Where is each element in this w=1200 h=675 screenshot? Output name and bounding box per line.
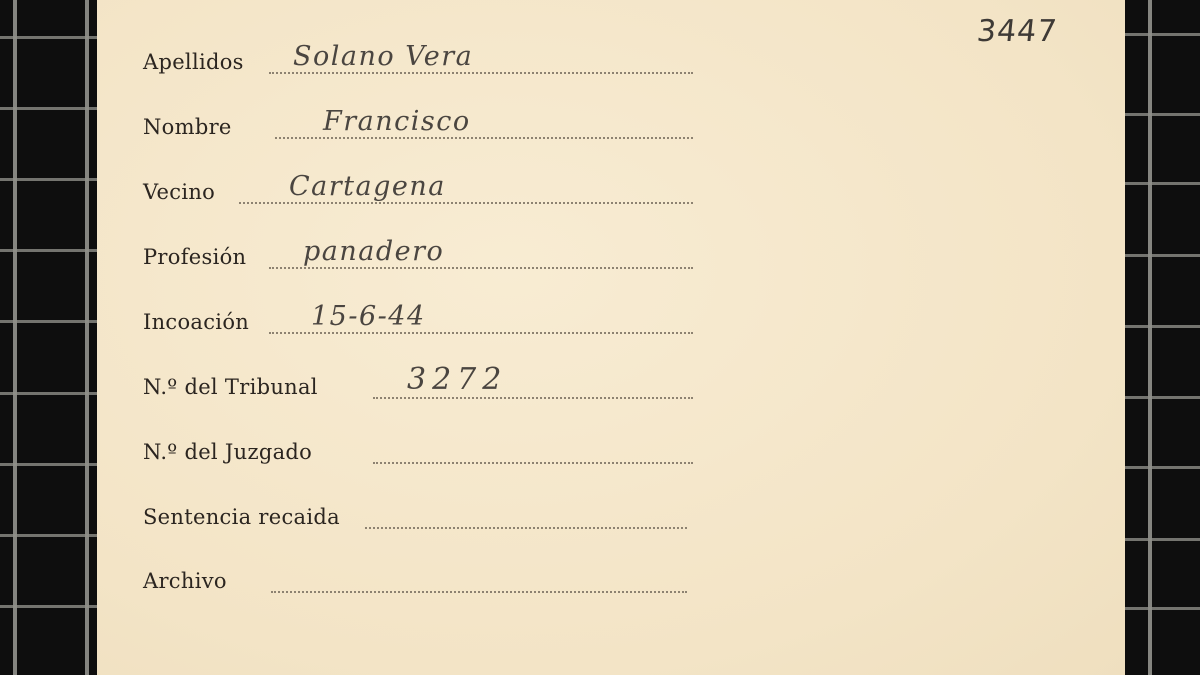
field-label: Apellidos	[143, 50, 244, 74]
grid-line	[0, 178, 100, 181]
field-label: Incoación	[143, 310, 249, 334]
grid-line	[1122, 538, 1200, 541]
field-label: Profesión	[143, 245, 246, 269]
field-value: panadero	[303, 236, 444, 267]
field-label: N.º del Juzgado	[143, 440, 312, 464]
grid-line	[1122, 254, 1200, 257]
grid-line	[13, 0, 17, 675]
field-nombre: Nombre Francisco	[143, 113, 693, 143]
field-vecino: Vecino Cartagena	[143, 178, 693, 208]
field-value: 3272	[407, 362, 507, 397]
grid-line	[1122, 607, 1200, 610]
field-value: 15-6-44	[311, 301, 426, 332]
grid-line	[1122, 466, 1200, 469]
dotted-line	[269, 332, 693, 334]
archive-number: 3447	[975, 14, 1059, 49]
field-numero-tribunal: N.º del Tribunal 3272	[143, 373, 693, 403]
grid-line	[0, 320, 100, 323]
field-label: Nombre	[143, 115, 232, 139]
field-apellidos: Apellidos Solano Vera	[143, 48, 693, 78]
grid-line	[0, 605, 100, 608]
field-incoacion: Incoación 15-6-44	[143, 308, 693, 338]
grid-background-right	[1122, 0, 1200, 675]
grid-line	[0, 463, 100, 466]
grid-line	[0, 392, 100, 395]
field-sentencia-recaida: Sentencia recaida	[143, 503, 693, 533]
dotted-line	[365, 527, 687, 529]
grid-line	[1122, 113, 1200, 116]
grid-line	[1122, 33, 1200, 36]
grid-background-left	[0, 0, 100, 675]
dotted-line	[275, 137, 693, 139]
grid-line	[0, 249, 100, 252]
grid-line	[1122, 396, 1200, 399]
field-profesion: Profesión panadero	[143, 243, 693, 273]
grid-line	[0, 36, 100, 39]
field-value: Cartagena	[289, 171, 446, 202]
dotted-line	[269, 267, 693, 269]
dotted-line	[373, 397, 693, 399]
field-archivo: Archivo	[143, 567, 693, 597]
field-numero-juzgado: N.º del Juzgado	[143, 438, 693, 468]
grid-line	[1122, 182, 1200, 185]
field-label: Sentencia recaida	[143, 505, 340, 529]
index-card: 3447 Apellidos Solano Vera Nombre Franci…	[97, 0, 1125, 675]
field-value: Francisco	[323, 106, 471, 137]
dotted-line	[271, 591, 687, 593]
grid-line	[1148, 0, 1152, 675]
dotted-line	[269, 72, 693, 74]
field-label: Archivo	[143, 569, 227, 593]
grid-line	[0, 107, 100, 110]
field-label: Vecino	[143, 180, 215, 204]
field-label: N.º del Tribunal	[143, 375, 318, 399]
grid-line	[1122, 325, 1200, 328]
grid-line	[85, 0, 89, 675]
field-value: Solano Vera	[293, 41, 473, 72]
dotted-line	[239, 202, 693, 204]
grid-line	[0, 534, 100, 537]
dotted-line	[373, 462, 693, 464]
